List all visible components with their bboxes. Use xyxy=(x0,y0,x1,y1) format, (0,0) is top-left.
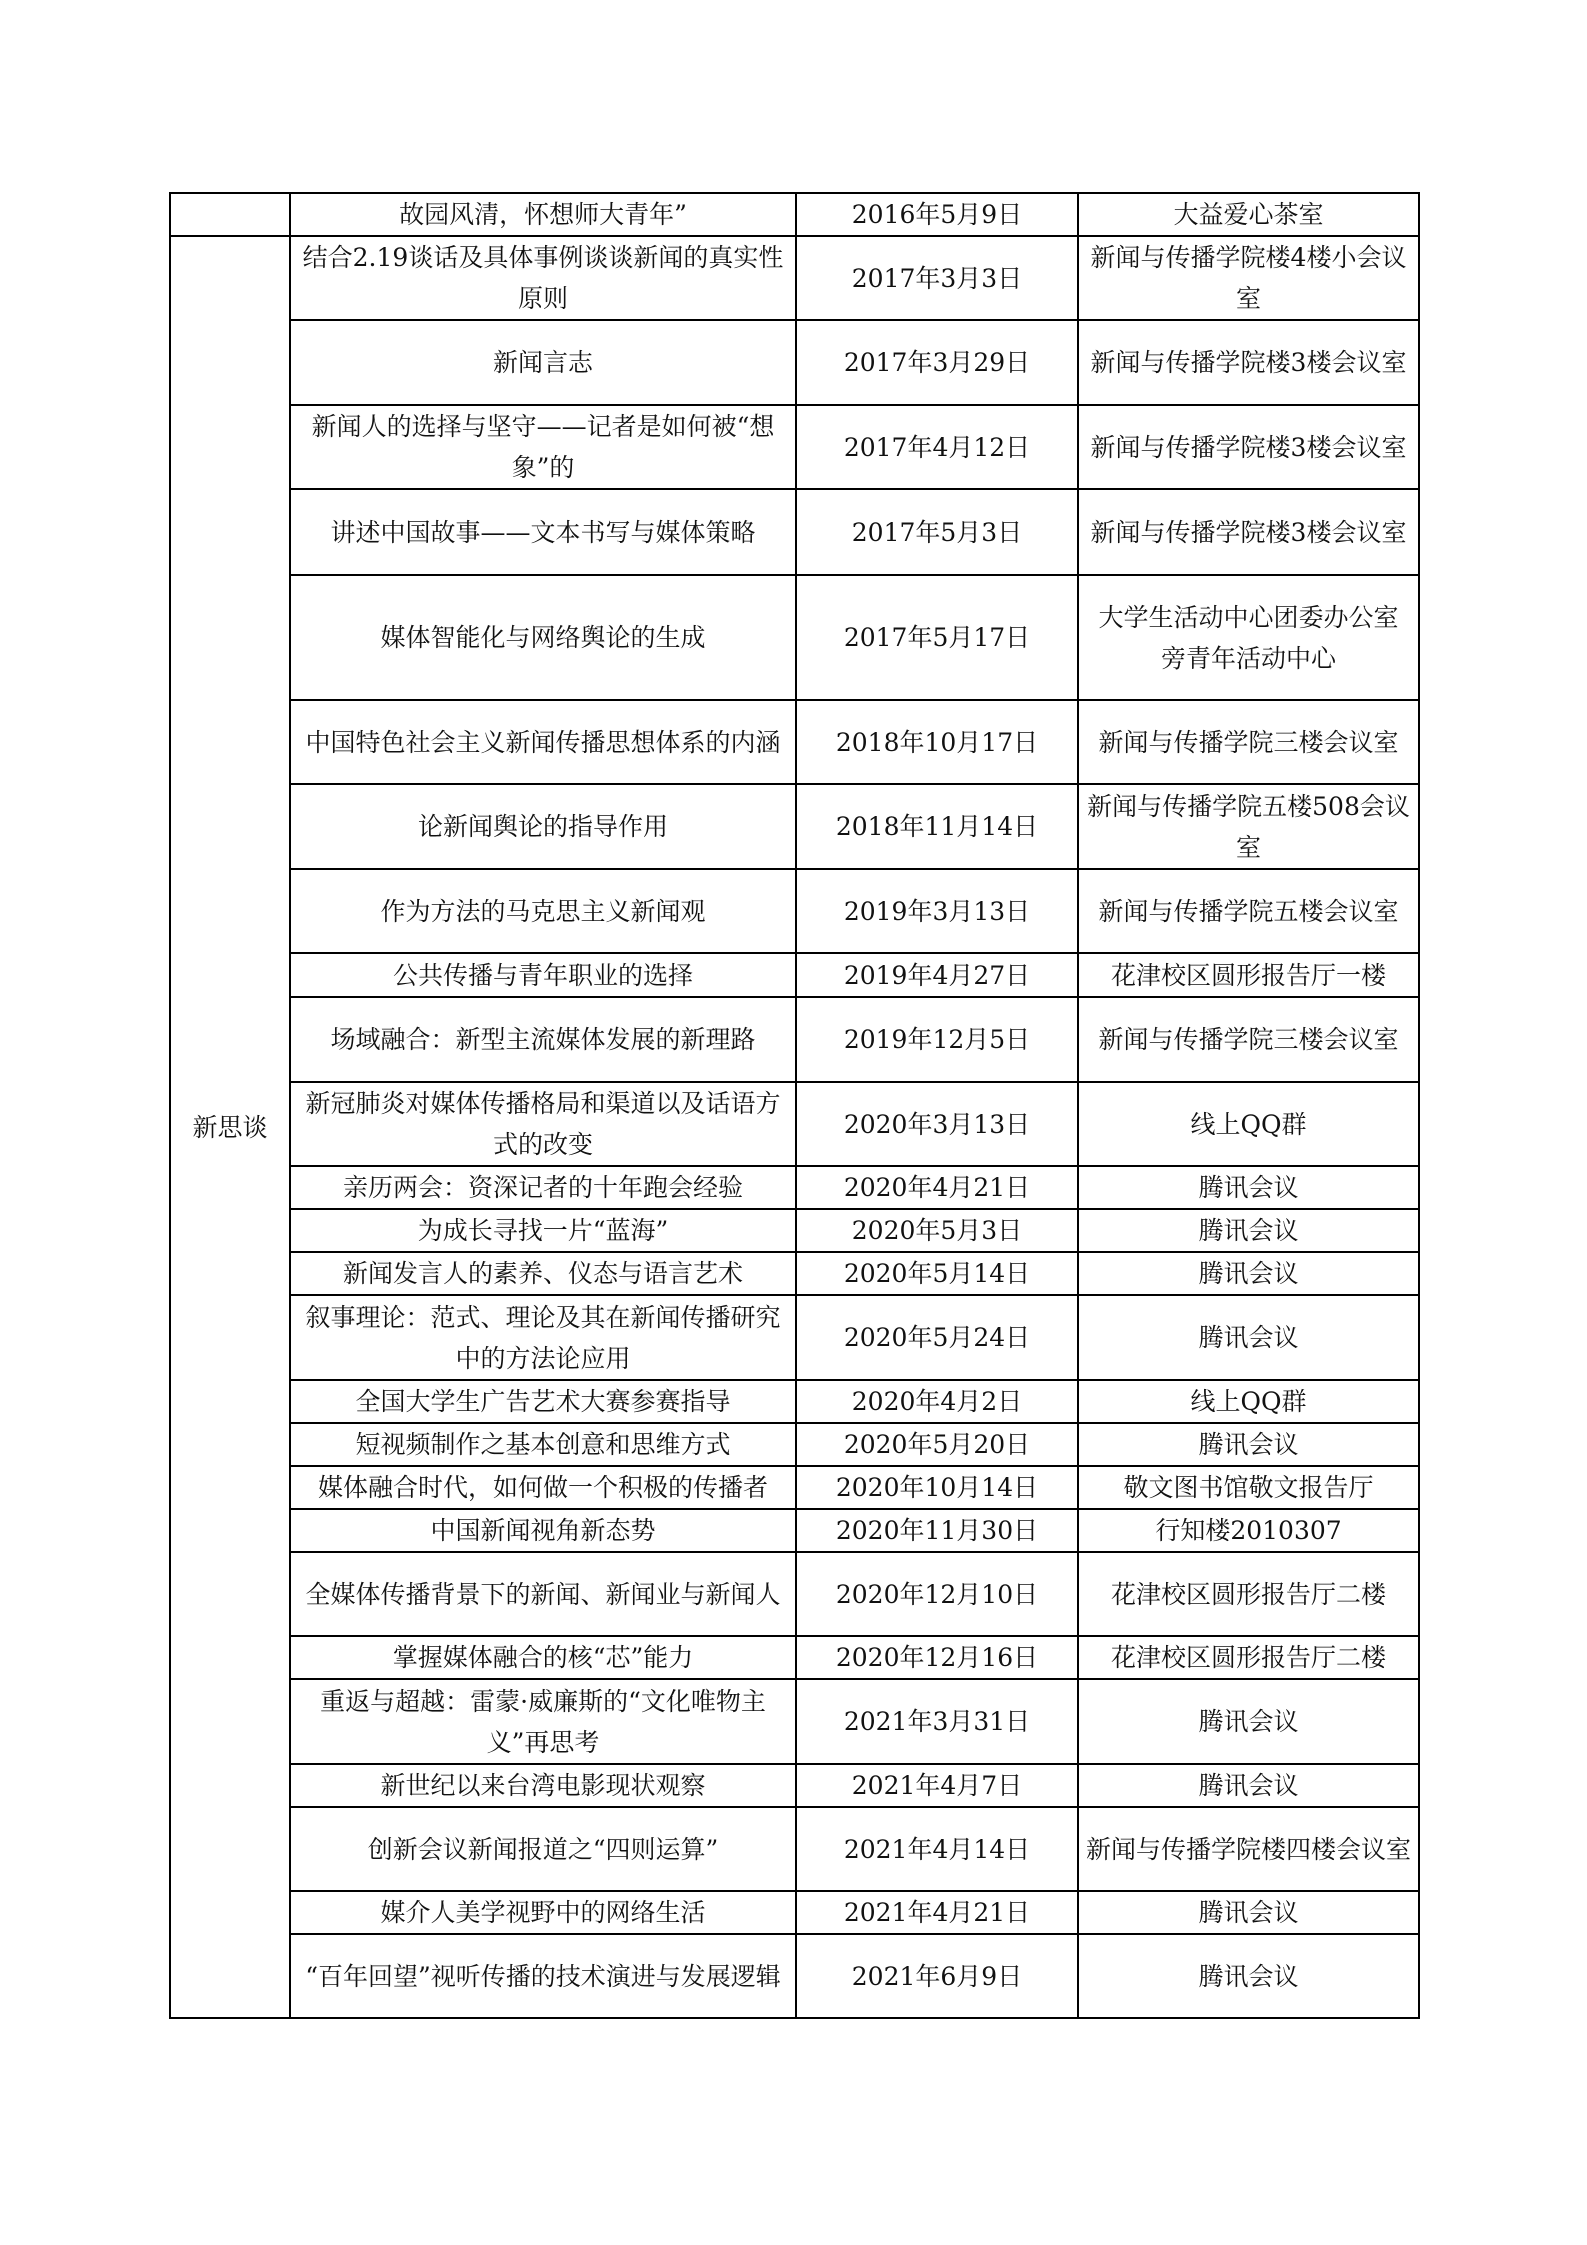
date-cell: 2020年4月2日 xyxy=(796,1380,1078,1423)
location-line: 新闻与传播学院楼4楼小会议室 xyxy=(1085,237,1412,319)
location-line: 行知楼2010307 xyxy=(1085,1510,1412,1551)
date-cell: 2021年4月14日 xyxy=(796,1807,1078,1891)
location-cell: 新闻与传播学院楼3楼会议室 xyxy=(1078,320,1419,405)
date-cell: 2020年10月14日 xyxy=(796,1466,1078,1509)
table-row: 媒体智能化与网络舆论的生成2017年5月17日大学生活动中心团委办公室旁青年活动… xyxy=(170,575,1419,700)
date-cell: 2020年12月16日 xyxy=(796,1636,1078,1679)
location-line: 腾讯会议 xyxy=(1085,1892,1412,1933)
title-cell: 中国特色社会主义新闻传播思想体系的内涵 xyxy=(290,700,796,784)
table-row: 作为方法的马克思主义新闻观2019年3月13日新闻与传播学院五楼会议室 xyxy=(170,869,1419,953)
location-cell: 腾讯会议 xyxy=(1078,1295,1419,1380)
date-cell: 2017年3月3日 xyxy=(796,236,1078,320)
title-cell: 短视频制作之基本创意和思维方式 xyxy=(290,1423,796,1466)
title-cell: 新闻人的选择与坚守——记者是如何被“想象”的 xyxy=(290,405,796,489)
lecture-schedule-table: 故园风清，怀想师大青年” 2016年5月9日 大益爱心茶室 新思谈结合2.19谈… xyxy=(169,192,1420,2019)
location-line: 新闻与传播学院楼3楼会议室 xyxy=(1085,342,1412,383)
title-cell: 作为方法的马克思主义新闻观 xyxy=(290,869,796,953)
title-cell: 新世纪以来台湾电影现状观察 xyxy=(290,1764,796,1807)
title-cell: 讲述中国故事——文本书写与媒体策略 xyxy=(290,489,796,575)
table-row: 论新闻舆论的指导作用2018年11月14日新闻与传播学院五楼508会议室 xyxy=(170,784,1419,869)
location-cell: 腾讯会议 xyxy=(1078,1209,1419,1252)
location-cell: 花津校区圆形报告厅一楼 xyxy=(1078,953,1419,997)
table-row: 媒介人美学视野中的网络生活2021年4月21日腾讯会议 xyxy=(170,1891,1419,1934)
date-cell: 2019年3月13日 xyxy=(796,869,1078,953)
title-cell: 论新闻舆论的指导作用 xyxy=(290,784,796,869)
table-row: 亲历两会：资深记者的十年跑会经验2020年4月21日腾讯会议 xyxy=(170,1166,1419,1209)
table-row: 重返与超越：雷蒙·威廉斯的“文化唯物主义”再思考2021年3月31日腾讯会议 xyxy=(170,1679,1419,1764)
table-row: 公共传播与青年职业的选择2019年4月27日花津校区圆形报告厅一楼 xyxy=(170,953,1419,997)
title-cell: 重返与超越：雷蒙·威廉斯的“文化唯物主义”再思考 xyxy=(290,1679,796,1764)
table-row: 新世纪以来台湾电影现状观察2021年4月7日腾讯会议 xyxy=(170,1764,1419,1807)
location-line: 新闻与传播学院五楼508会议室 xyxy=(1085,786,1412,868)
title-cell: 新闻发言人的素养、仪态与语言艺术 xyxy=(290,1252,796,1295)
table-row: 全国大学生广告艺术大赛参赛指导2020年4月2日线上QQ群 xyxy=(170,1380,1419,1423)
location-cell: 腾讯会议 xyxy=(1078,1679,1419,1764)
location-cell: 线上QQ群 xyxy=(1078,1380,1419,1423)
date-cell: 2020年5月3日 xyxy=(796,1209,1078,1252)
table-row: 新闻人的选择与坚守——记者是如何被“想象”的2017年4月12日新闻与传播学院楼… xyxy=(170,405,1419,489)
date-cell: 2017年5月17日 xyxy=(796,575,1078,700)
table-row: 短视频制作之基本创意和思维方式2020年5月20日腾讯会议 xyxy=(170,1423,1419,1466)
location-cell: 新闻与传播学院三楼会议室 xyxy=(1078,700,1419,784)
table-row: 中国新闻视角新态势2020年11月30日行知楼2010307 xyxy=(170,1509,1419,1552)
title-cell: “百年回望”视听传播的技术演进与发展逻辑 xyxy=(290,1934,796,2018)
date-cell: 2020年12月10日 xyxy=(796,1552,1078,1636)
location-cell: 腾讯会议 xyxy=(1078,1764,1419,1807)
table-row: 新闻言志2017年3月29日新闻与传播学院楼3楼会议室 xyxy=(170,320,1419,405)
title-cell: 公共传播与青年职业的选择 xyxy=(290,953,796,997)
location-cell: 新闻与传播学院楼4楼小会议室 xyxy=(1078,236,1419,320)
location-line: 花津校区圆形报告厅二楼 xyxy=(1085,1637,1412,1678)
title-cell: 新冠肺炎对媒体传播格局和渠道以及话语方式的改变 xyxy=(290,1082,796,1166)
table-row: “百年回望”视听传播的技术演进与发展逻辑2021年6月9日腾讯会议 xyxy=(170,1934,1419,2018)
location-line: 新闻与传播学院楼3楼会议室 xyxy=(1085,427,1412,468)
location-cell: 腾讯会议 xyxy=(1078,1252,1419,1295)
table-row: 掌握媒体融合的核“芯”能力2020年12月16日花津校区圆形报告厅二楼 xyxy=(170,1636,1419,1679)
title-cell: 叙事理论：范式、理论及其在新闻传播研究中的方法论应用 xyxy=(290,1295,796,1380)
location-line: 新闻与传播学院五楼会议室 xyxy=(1085,891,1412,932)
title-cell: 为成长寻找一片“蓝海” xyxy=(290,1209,796,1252)
date-cell: 2020年5月20日 xyxy=(796,1423,1078,1466)
date-cell: 2021年6月9日 xyxy=(796,1934,1078,2018)
location-line: 腾讯会议 xyxy=(1085,1167,1412,1208)
date-cell: 2020年11月30日 xyxy=(796,1509,1078,1552)
title-cell: 媒体融合时代，如何做一个积极的传播者 xyxy=(290,1466,796,1509)
date-cell: 2021年3月31日 xyxy=(796,1679,1078,1764)
table-row: 新思谈结合2.19谈话及具体事例谈谈新闻的真实性原则2017年3月3日新闻与传播… xyxy=(170,236,1419,320)
title-cell: 全媒体传播背景下的新闻、新闻业与新闻人 xyxy=(290,1552,796,1636)
date-cell: 2020年4月21日 xyxy=(796,1166,1078,1209)
location-cell: 腾讯会议 xyxy=(1078,1423,1419,1466)
location-line: 线上QQ群 xyxy=(1085,1104,1412,1145)
date-cell: 2019年4月27日 xyxy=(796,953,1078,997)
category-cell: 新思谈 xyxy=(170,236,290,2018)
title-cell: 亲历两会：资深记者的十年跑会经验 xyxy=(290,1166,796,1209)
location-line: 线上QQ群 xyxy=(1085,1381,1412,1422)
location-line: 腾讯会议 xyxy=(1085,1956,1412,1997)
location-cell: 花津校区圆形报告厅二楼 xyxy=(1078,1636,1419,1679)
location-line: 新闻与传播学院三楼会议室 xyxy=(1085,1019,1412,1060)
title-cell: 全国大学生广告艺术大赛参赛指导 xyxy=(290,1380,796,1423)
table-row: 新冠肺炎对媒体传播格局和渠道以及话语方式的改变2020年3月13日线上QQ群 xyxy=(170,1082,1419,1166)
date-cell: 2019年12月5日 xyxy=(796,997,1078,1082)
table-row: 媒体融合时代，如何做一个积极的传播者2020年10月14日敬文图书馆敬文报告厅 xyxy=(170,1466,1419,1509)
title-cell: 媒介人美学视野中的网络生活 xyxy=(290,1891,796,1934)
location-cell: 行知楼2010307 xyxy=(1078,1509,1419,1552)
table-row: 场域融合：新型主流媒体发展的新理路2019年12月5日新闻与传播学院三楼会议室 xyxy=(170,997,1419,1082)
location-cell: 新闻与传播学院五楼会议室 xyxy=(1078,869,1419,953)
date-cell: 2017年3月29日 xyxy=(796,320,1078,405)
location-line: 腾讯会议 xyxy=(1085,1424,1412,1465)
title-cell: 媒体智能化与网络舆论的生成 xyxy=(290,575,796,700)
date-cell: 2017年5月3日 xyxy=(796,489,1078,575)
date-cell: 2017年4月12日 xyxy=(796,405,1078,489)
table-body: 故园风清，怀想师大青年” 2016年5月9日 大益爱心茶室 新思谈结合2.19谈… xyxy=(170,193,1419,2018)
category-cell xyxy=(170,193,290,236)
table-row: 为成长寻找一片“蓝海”2020年5月3日腾讯会议 xyxy=(170,1209,1419,1252)
date-cell: 2018年11月14日 xyxy=(796,784,1078,869)
location-cell: 线上QQ群 xyxy=(1078,1082,1419,1166)
table-row: 全媒体传播背景下的新闻、新闻业与新闻人2020年12月10日花津校区圆形报告厅二… xyxy=(170,1552,1419,1636)
location-cell: 腾讯会议 xyxy=(1078,1891,1419,1934)
title-cell: 新闻言志 xyxy=(290,320,796,405)
date-cell: 2020年5月14日 xyxy=(796,1252,1078,1295)
location-cell: 新闻与传播学院楼3楼会议室 xyxy=(1078,405,1419,489)
title-cell: 创新会议新闻报道之“四则运算” xyxy=(290,1807,796,1891)
location-line: 新闻与传播学院三楼会议室 xyxy=(1085,722,1412,763)
title-cell: 结合2.19谈话及具体事例谈谈新闻的真实性原则 xyxy=(290,236,796,320)
table-row: 讲述中国故事——文本书写与媒体策略2017年5月3日新闻与传播学院楼3楼会议室 xyxy=(170,489,1419,575)
location-line: 腾讯会议 xyxy=(1085,1701,1412,1742)
table-row-continuation: 故园风清，怀想师大青年” 2016年5月9日 大益爱心茶室 xyxy=(170,193,1419,236)
date-cell: 2020年3月13日 xyxy=(796,1082,1078,1166)
location-line: 腾讯会议 xyxy=(1085,1317,1412,1358)
title-cell: 中国新闻视角新态势 xyxy=(290,1509,796,1552)
location-cell: 新闻与传播学院楼四楼会议室 xyxy=(1078,1807,1419,1891)
location-line: 花津校区圆形报告厅二楼 xyxy=(1085,1574,1412,1615)
location-cell: 新闻与传播学院楼3楼会议室 xyxy=(1078,489,1419,575)
date-cell: 2020年5月24日 xyxy=(796,1295,1078,1380)
location-line: 腾讯会议 xyxy=(1085,1765,1412,1806)
table-row: 叙事理论：范式、理论及其在新闻传播研究中的方法论应用2020年5月24日腾讯会议 xyxy=(170,1295,1419,1380)
date-cell: 2021年4月7日 xyxy=(796,1764,1078,1807)
title-cell: 故园风清，怀想师大青年” xyxy=(290,193,796,236)
location-line: 腾讯会议 xyxy=(1085,1253,1412,1294)
table-row: 创新会议新闻报道之“四则运算”2021年4月14日新闻与传播学院楼四楼会议室 xyxy=(170,1807,1419,1891)
location-line: 腾讯会议 xyxy=(1085,1210,1412,1251)
date-cell: 2018年10月17日 xyxy=(796,700,1078,784)
location-cell: 新闻与传播学院五楼508会议室 xyxy=(1078,784,1419,869)
title-cell: 掌握媒体融合的核“芯”能力 xyxy=(290,1636,796,1679)
table-row: 新闻发言人的素养、仪态与语言艺术2020年5月14日腾讯会议 xyxy=(170,1252,1419,1295)
location-line: 旁青年活动中心 xyxy=(1085,638,1412,679)
table-row: 中国特色社会主义新闻传播思想体系的内涵2018年10月17日新闻与传播学院三楼会… xyxy=(170,700,1419,784)
location-line: 大学生活动中心团委办公室 xyxy=(1085,597,1412,638)
location-cell: 大学生活动中心团委办公室旁青年活动中心 xyxy=(1078,575,1419,700)
location-cell: 敬文图书馆敬文报告厅 xyxy=(1078,1466,1419,1509)
date-cell: 2021年4月21日 xyxy=(796,1891,1078,1934)
title-cell: 场域融合：新型主流媒体发展的新理路 xyxy=(290,997,796,1082)
location-line: 新闻与传播学院楼3楼会议室 xyxy=(1085,512,1412,553)
location-line: 敬文图书馆敬文报告厅 xyxy=(1085,1467,1412,1508)
location-cell: 花津校区圆形报告厅二楼 xyxy=(1078,1552,1419,1636)
date-cell: 2016年5月9日 xyxy=(796,193,1078,236)
location-cell: 腾讯会议 xyxy=(1078,1934,1419,2018)
location-line: 新闻与传播学院楼四楼会议室 xyxy=(1085,1829,1412,1870)
location-cell: 腾讯会议 xyxy=(1078,1166,1419,1209)
location-cell: 新闻与传播学院三楼会议室 xyxy=(1078,997,1419,1082)
location-cell: 大益爱心茶室 xyxy=(1078,193,1419,236)
location-line: 花津校区圆形报告厅一楼 xyxy=(1085,955,1412,996)
